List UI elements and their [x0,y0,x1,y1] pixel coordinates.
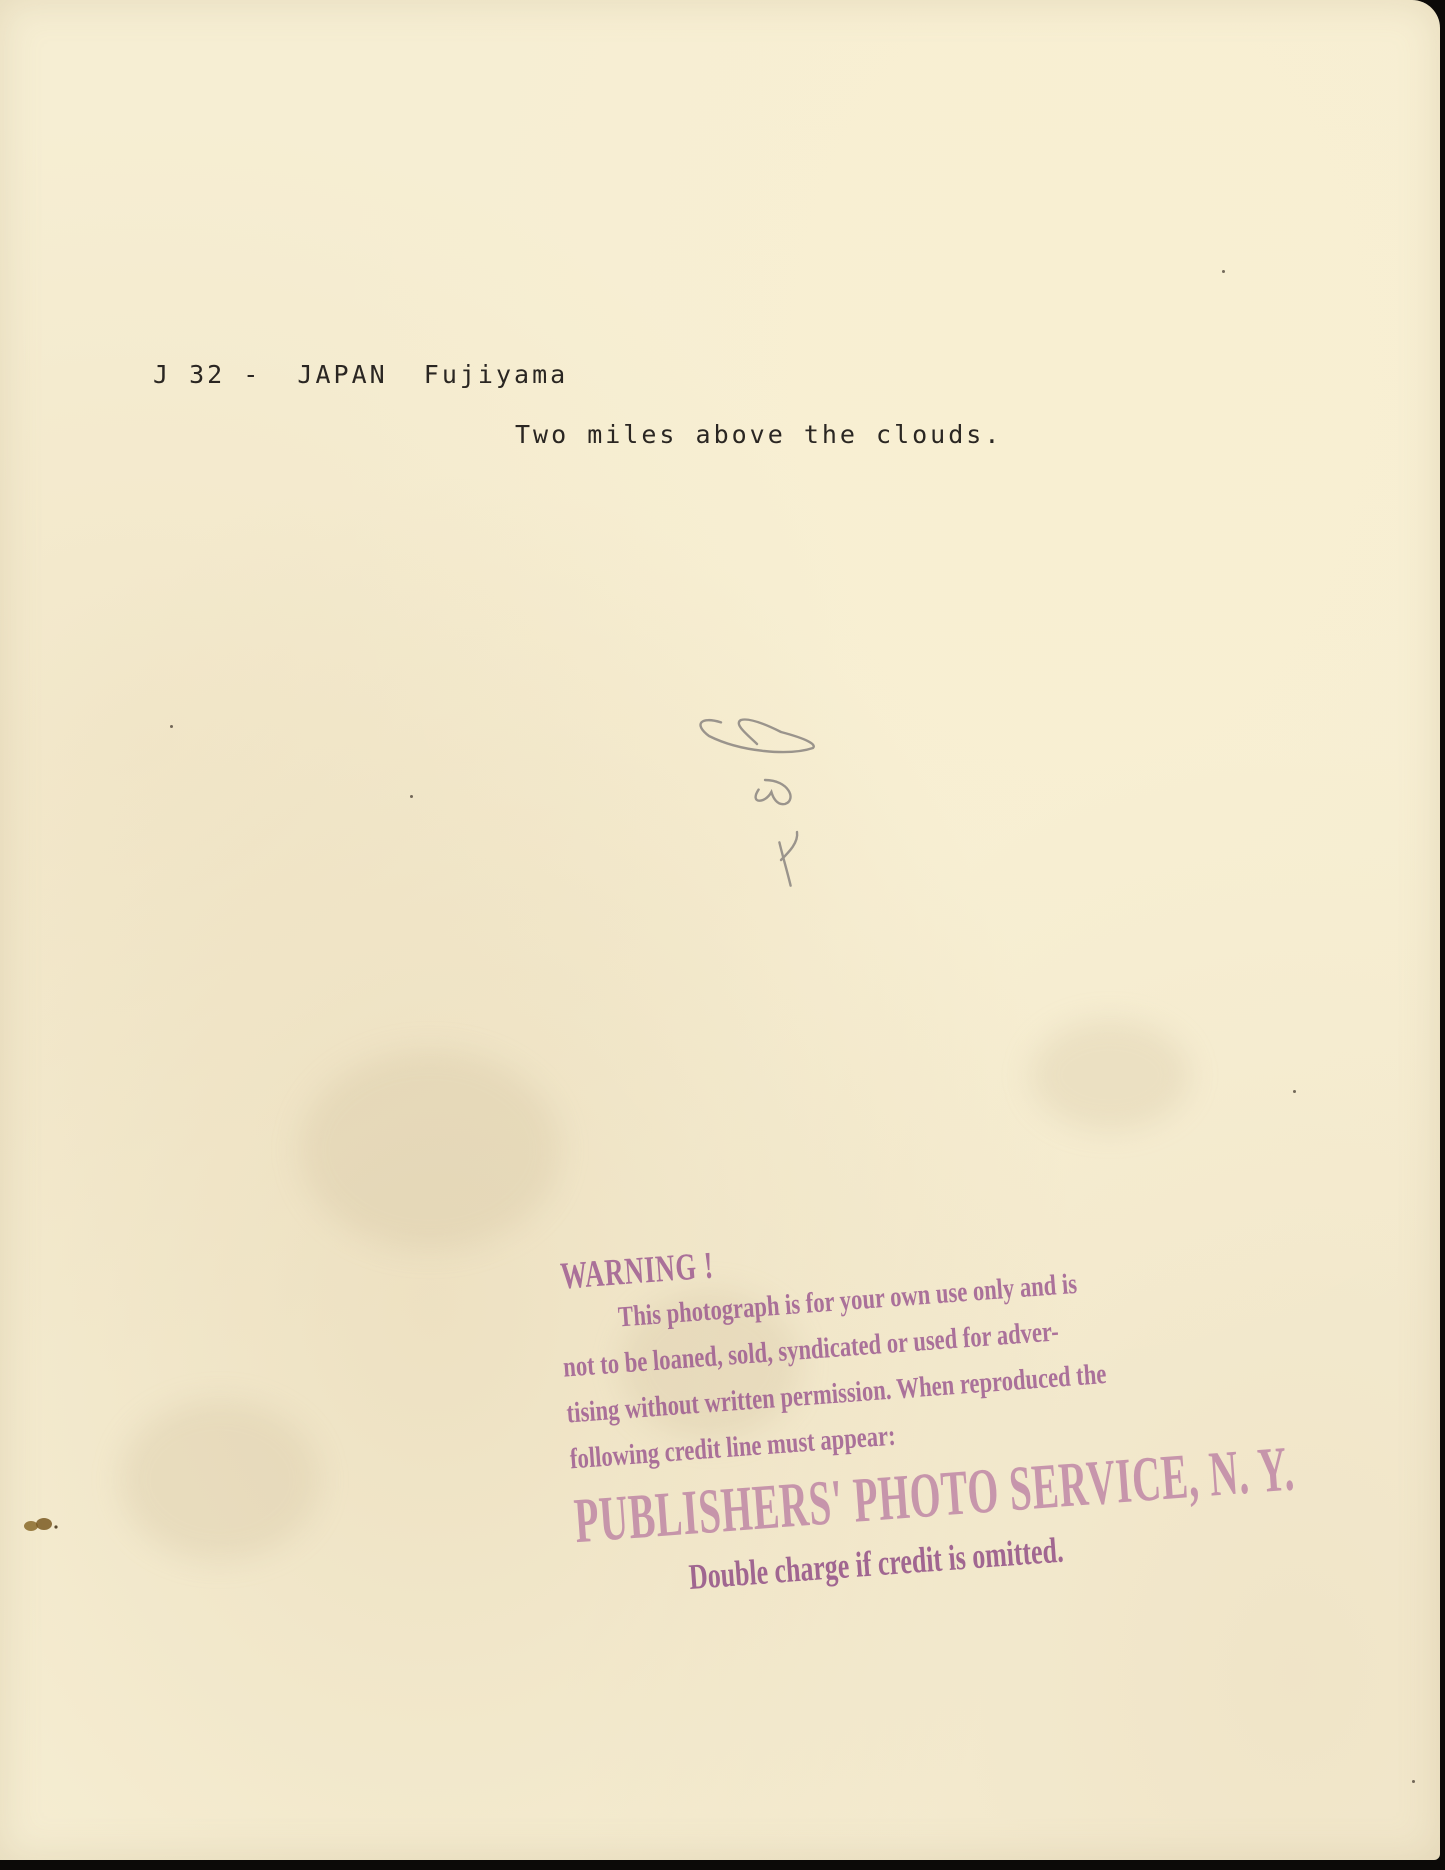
paper-speck [170,725,173,728]
photo-back-paper: J 32 - JAPAN Fujiyama Two miles above th… [0,0,1440,1860]
caption-subtitle: Two miles above the clouds. [515,420,1002,449]
paper-smudge [1030,1020,1190,1130]
paper-speck [1222,270,1225,273]
paper-smudge [120,1400,320,1560]
paper-smudge [300,1050,560,1250]
stain-mark-icon [22,1515,62,1537]
paper-speck [1293,1090,1296,1093]
publisher-warning-stamp: WARNING ! This photograph is for your ow… [555,1202,1299,1606]
paper-speck [1412,1780,1415,1783]
pencil-note-j32-icon [685,685,845,915]
caption-title: J 32 - JAPAN Fujiyama [153,360,568,389]
paper-speck [410,795,413,798]
